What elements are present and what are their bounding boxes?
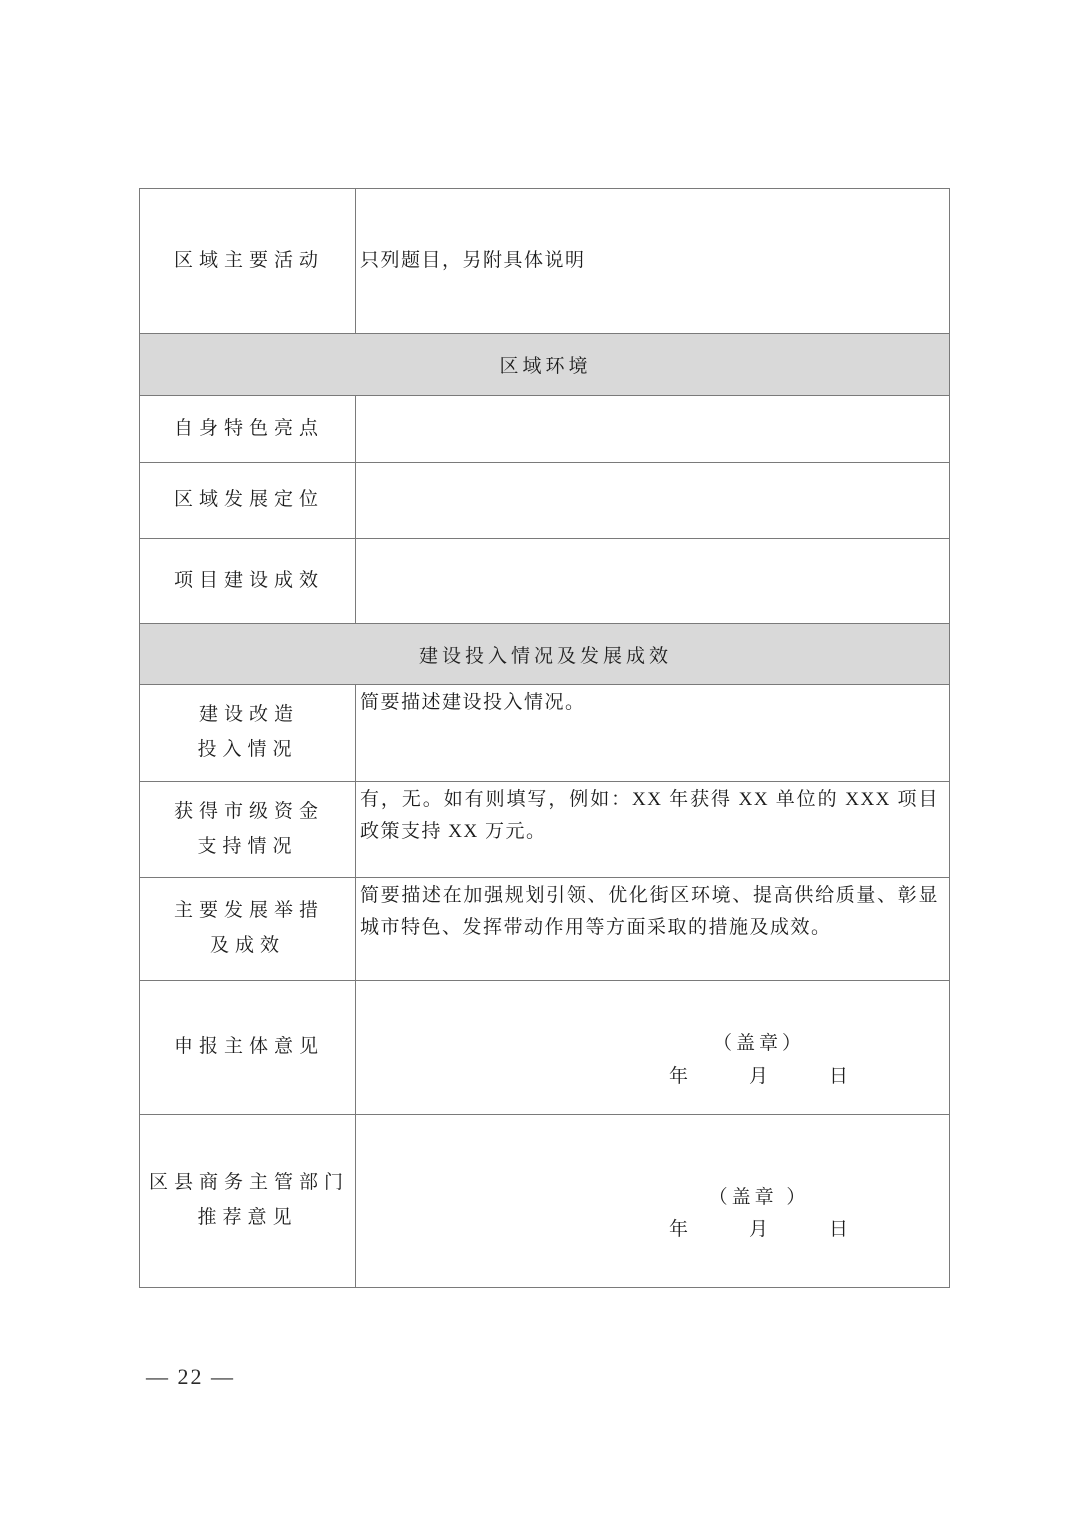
- page-number: — 22 —: [146, 1364, 235, 1390]
- row-label-text: 获得市级资金 支持情况: [171, 795, 324, 864]
- row-content: （盖章 ） 年 月 日: [356, 1115, 949, 1287]
- table-row-municipal-funding: 获得市级资金 支持情况 有，无。如有则填写，例如：XX 年获得 XX 单位的 X…: [140, 782, 949, 878]
- section-header-text: 区域环境: [497, 351, 591, 378]
- row-label: 建设改造 投入情况: [140, 685, 356, 781]
- table-row-development-positioning: 区域发展定位: [140, 463, 949, 539]
- row-content: [356, 539, 949, 623]
- row-content-text: 有，无。如有则填写，例如：XX 年获得 XX 单位的 XXX 项目政策支持 XX…: [360, 789, 939, 842]
- table-row-construction-investment: 建设改造 投入情况 简要描述建设投入情况。: [140, 685, 949, 782]
- table-row-district-commerce-recommendation: 区县商务主管部门 推荐意见 （盖章 ） 年 月 日: [140, 1115, 949, 1287]
- row-label: 项目建设成效: [140, 539, 356, 623]
- row-label-text: 申报主体意见: [171, 1030, 324, 1065]
- row-label: 申报主体意见: [140, 981, 356, 1114]
- table-row-applicant-opinion: 申报主体意见 （盖章） 年 月 日: [140, 981, 949, 1115]
- row-label-text: 建设改造 投入情况: [196, 698, 299, 767]
- row-label-text: 自身特色亮点: [171, 412, 324, 447]
- row-content-text: 简要描述建设投入情况。: [360, 692, 586, 713]
- stamp-area: （盖章 ） 年 月 日: [659, 1183, 859, 1246]
- row-label: 获得市级资金 支持情况: [140, 782, 356, 877]
- table-row-project-results: 项目建设成效: [140, 539, 949, 624]
- application-form-table: 区域主要活动 只列题目，另附具体说明 区域环境 自身特色亮点 区域发展定位 项目…: [139, 188, 950, 1288]
- row-label: 自身特色亮点: [140, 396, 356, 462]
- table-row-development-measures: 主要发展举措 及成效 简要描述在加强规划引领、优化街区环境、提高供给质量、彰显城…: [140, 878, 949, 981]
- row-label: 区域主要活动: [140, 189, 356, 333]
- row-content: [356, 463, 949, 538]
- section-header-region-environment: 区域环境: [140, 334, 949, 396]
- row-content: 简要描述在加强规划引领、优化街区环境、提高供给质量、彰显城市特色、发挥带动作用等…: [356, 878, 949, 980]
- doc-page: { "document": { "page_number": "— 22 —",…: [0, 0, 1074, 1520]
- row-content-text: 只列题目，另附具体说明: [360, 245, 586, 277]
- date-line: 年 月 日: [659, 1062, 859, 1092]
- row-content-text: 简要描述在加强规划引领、优化街区环境、提高供给质量、彰显城市特色、发挥带动作用等…: [360, 885, 939, 938]
- stamp-label: （盖章）: [659, 1029, 859, 1059]
- row-label: 区县商务主管部门 推荐意见: [140, 1115, 356, 1287]
- row-label-text: 项目建设成效: [171, 564, 324, 599]
- row-label-text: 区县商务主管部门 推荐意见: [146, 1166, 349, 1235]
- row-content: （盖章） 年 月 日: [356, 981, 949, 1114]
- table-row-region-activities: 区域主要活动 只列题目，另附具体说明: [140, 189, 949, 334]
- row-content: [356, 396, 949, 462]
- date-line: 年 月 日: [659, 1215, 859, 1245]
- stamp-area: （盖章） 年 月 日: [659, 1029, 859, 1092]
- row-label: 区域发展定位: [140, 463, 356, 538]
- row-label-text: 主要发展举措 及成效: [171, 894, 324, 963]
- stamp-label: （盖章 ）: [659, 1183, 859, 1213]
- row-content: 有，无。如有则填写，例如：XX 年获得 XX 单位的 XXX 项目政策支持 XX…: [356, 782, 949, 877]
- row-content: 简要描述建设投入情况。: [356, 685, 949, 781]
- row-label-text: 区域主要活动: [171, 244, 324, 279]
- row-label: 主要发展举措 及成效: [140, 878, 356, 980]
- section-header-construction-investment: 建设投入情况及发展成效: [140, 624, 949, 685]
- row-label-text: 区域发展定位: [171, 483, 324, 518]
- table-row-own-features: 自身特色亮点: [140, 396, 949, 463]
- section-header-text: 建设投入情况及发展成效: [417, 641, 672, 668]
- row-content: 只列题目，另附具体说明: [356, 189, 949, 333]
